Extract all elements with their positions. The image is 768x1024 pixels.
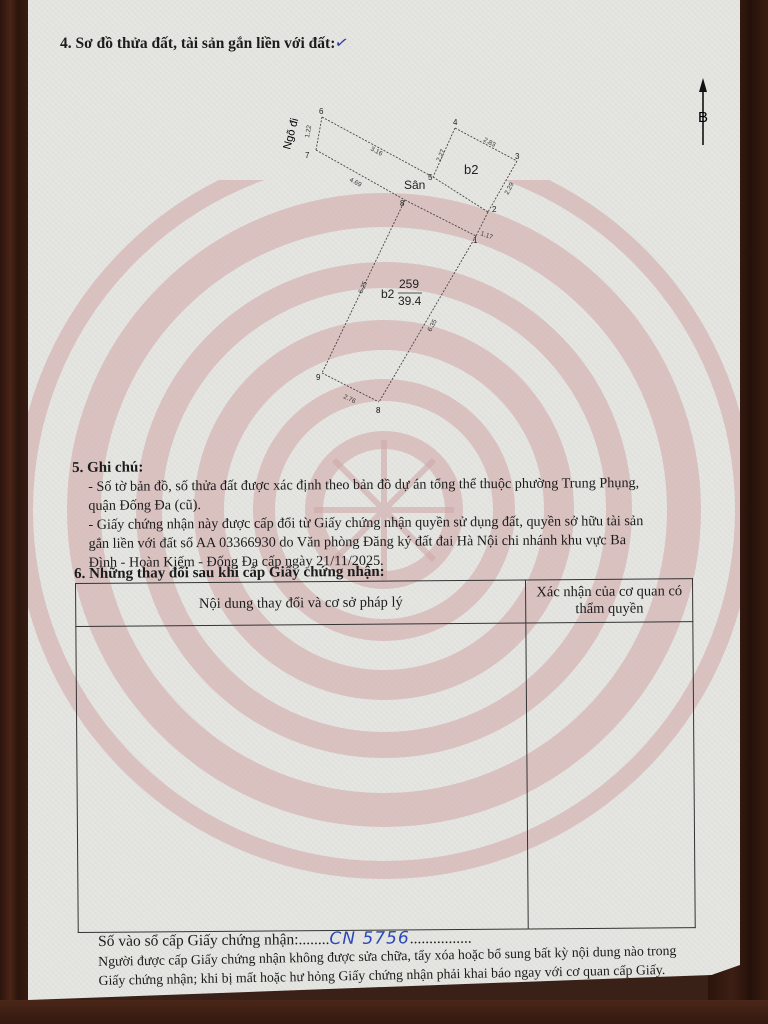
svg-text:4.69: 4.69 <box>348 177 363 189</box>
svg-text:8: 8 <box>400 199 405 208</box>
svg-text:1: 1 <box>473 236 478 245</box>
road-label: Ngõ đi <box>281 117 301 151</box>
content-cell <box>76 623 529 933</box>
svg-text:6: 6 <box>319 107 324 116</box>
yard-label: Sân <box>404 178 425 192</box>
svg-text:5: 5 <box>428 173 433 182</box>
svg-text:8: 8 <box>376 406 381 415</box>
changes-table: Nội dung thay đổi và cơ sở pháp lý Xác n… <box>75 578 696 933</box>
section-5-notes: 5. Ghi chú: - Số tờ bản đồ, số thửa đất … <box>72 455 713 573</box>
confirmation-cell <box>526 622 695 929</box>
svg-text:3.16: 3.16 <box>369 146 384 158</box>
svg-text:2.29: 2.29 <box>504 181 516 196</box>
changes-table-wrapper: Nội dung thay đổi và cơ sở pháp lý Xác n… <box>75 578 696 933</box>
svg-text:39.4: 39.4 <box>398 294 422 308</box>
column-header-confirmation: Xác nhận của cơ quan có thẩm quyền <box>526 579 693 623</box>
svg-text:b2: b2 <box>381 287 395 301</box>
svg-text:1.22: 1.22 <box>304 124 313 138</box>
svg-text:259: 259 <box>399 277 419 291</box>
wooden-table-bottom <box>0 1000 768 1024</box>
svg-text:4: 4 <box>453 118 458 127</box>
svg-text:6.35: 6.35 <box>427 318 439 333</box>
land-parcel-diagram: B Ngõ đi 1 2 3 4 5 6 7 8 9 8 1.22 3.16 4… <box>0 0 768 460</box>
svg-text:9: 9 <box>316 373 321 382</box>
column-header-content: Nội dung thay đổi và cơ sở pháp lý <box>76 580 527 627</box>
parcel-info: b2 259 39.4 <box>381 277 422 308</box>
svg-text:3: 3 <box>515 152 520 161</box>
svg-text:2: 2 <box>492 205 497 214</box>
svg-text:2.27: 2.27 <box>435 148 447 163</box>
registry-label: Số vào sổ cấp Giấy chứng nhận: <box>98 931 299 950</box>
table-row-empty <box>76 622 695 933</box>
building-label: b2 <box>464 162 478 177</box>
svg-text:7: 7 <box>305 151 310 160</box>
svg-text:2.83: 2.83 <box>482 137 497 149</box>
svg-text:2.76: 2.76 <box>342 393 357 405</box>
point-labels: 1 2 3 4 5 6 7 8 9 <box>305 107 520 382</box>
svg-text:B: B <box>698 109 708 126</box>
north-arrow-icon: B <box>698 78 708 145</box>
svg-text:6.25: 6.25 <box>357 280 369 295</box>
dimension-labels: 1.22 3.16 4.69 2.27 2.83 2.29 1.17 6.25 … <box>304 124 516 405</box>
svg-text:1.17: 1.17 <box>479 230 494 241</box>
